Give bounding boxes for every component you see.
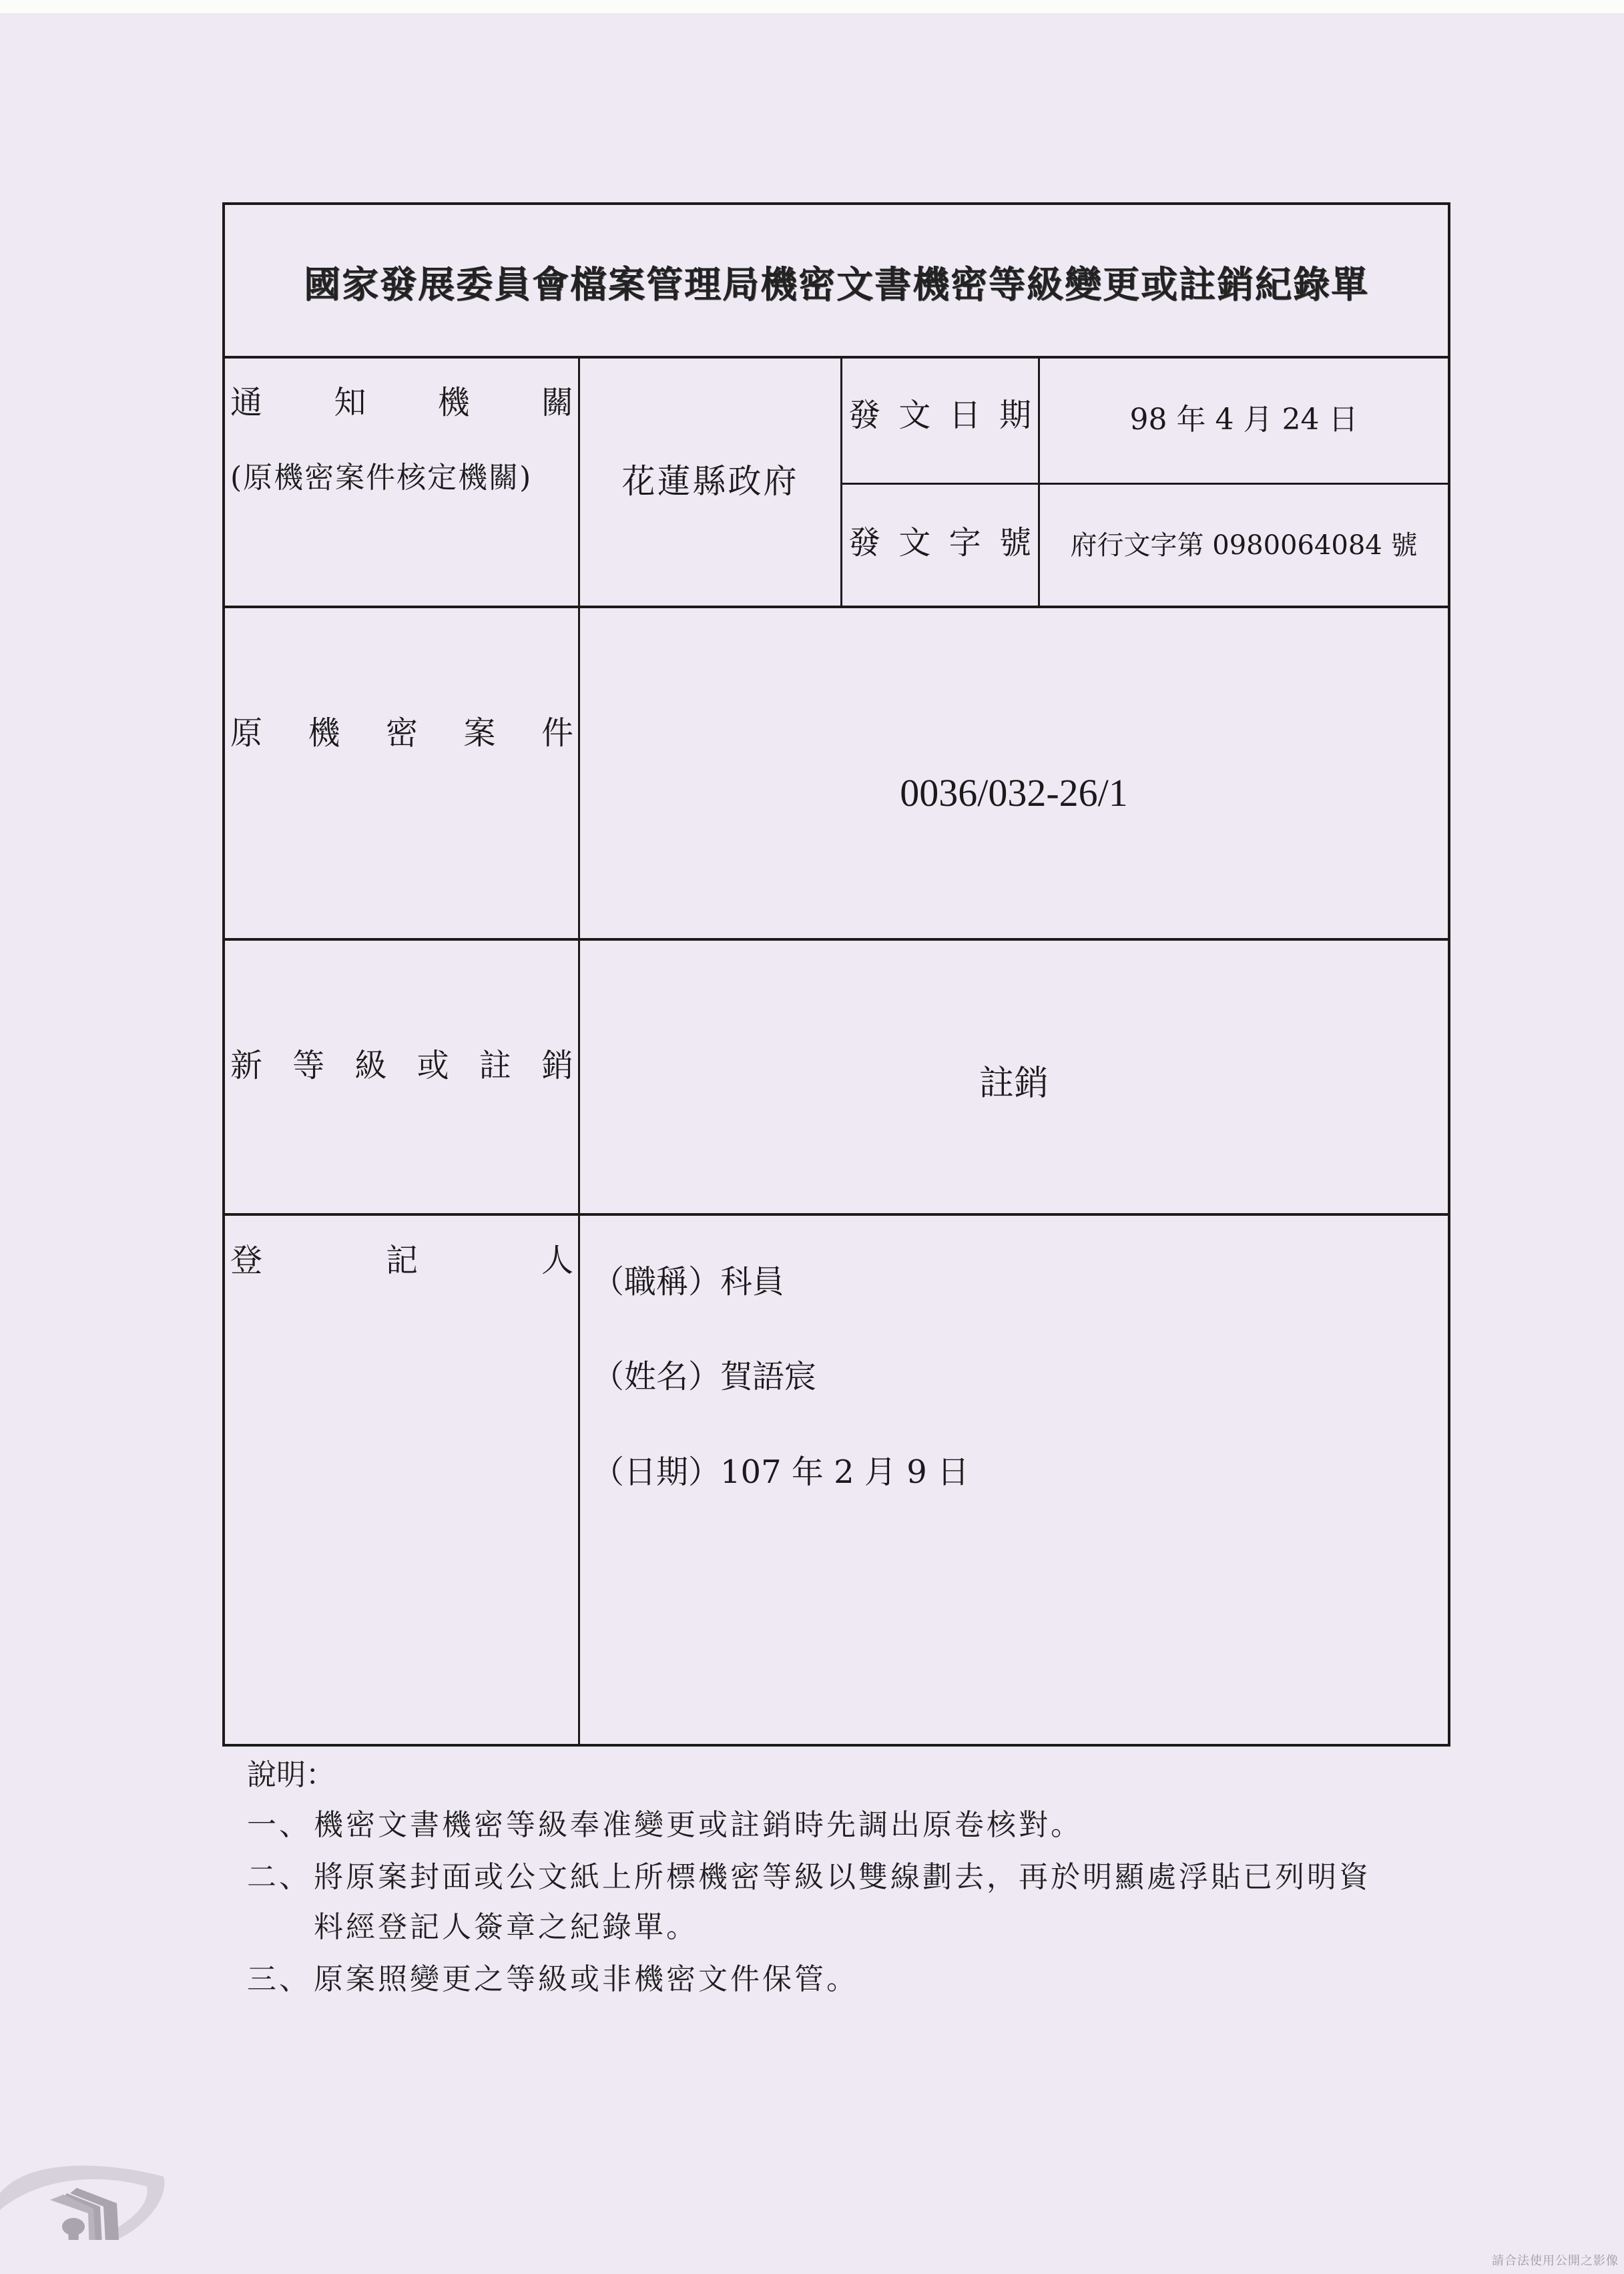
note-item-2: 二、將原案封面或公文紙上所標機密等級以雙線劃去，再於明顯處浮貼已列明資	[247, 1853, 1371, 1895]
notifying-agency-label-cell: 通 知 機 關 (原機密案件核定機關)	[230, 387, 573, 496]
note-item-3: 三、原案照變更之等級或非機密文件保管。	[247, 1955, 858, 1998]
original-case-label-cell: 原 機 密 案 件	[230, 717, 573, 749]
note-marker: 二、	[247, 1853, 314, 1895]
issue-number-value-cell: 府行文字第 0980064084 號	[1040, 485, 1448, 606]
original-case-value-cell: 0036/032-26/1	[580, 608, 1448, 938]
notifying-agency-value-cell: 花蓮縣政府	[580, 357, 840, 606]
issue-number-value: 府行文字第 0980064084 號	[1071, 532, 1418, 559]
notifying-agency-sublabel: (原機密案件核定機關)	[230, 453, 573, 496]
note-marker: 三、	[247, 1955, 314, 1998]
notifying-agency-label: 通 知 機 關	[230, 387, 573, 419]
registrant-label-cell: 登 記 人	[230, 1244, 573, 1277]
registrant-label: 登 記 人	[230, 1244, 573, 1277]
new-level-label: 新 等 級 或 註 銷	[230, 1050, 573, 1082]
issue-number-label: 發 文 字 號	[848, 527, 1031, 559]
usage-watermark: 請合法使用公開之影像	[1492, 2251, 1619, 2269]
new-level-value-cell: 註銷	[580, 941, 1448, 1213]
original-case-label: 原 機 密 案 件	[230, 717, 573, 749]
original-case-value: 0036/032-26/1	[900, 774, 1128, 813]
archive-book-keyhole-logo-icon	[0, 2140, 174, 2240]
registrant-name: （姓名）賀語宸	[592, 1361, 816, 1393]
rule-agency-value-column	[840, 357, 842, 607]
note-item-2-continuation: 料經登記人簽章之紀錄單。	[314, 1903, 698, 1946]
record-form-table: 國家發展委員會檔案管理局機密文書機密等級變更或註銷紀錄單 通 知 機 關 (原機…	[222, 202, 1450, 1747]
scan-top-edge	[0, 0, 1624, 14]
issue-date-label: 發 文 日 期	[848, 399, 1031, 431]
issue-date-label-cell: 發 文 日 期	[848, 399, 1031, 431]
registrant-value-cell: （職稱）科員 （姓名）賀語宸 （日期）107 年 2 月 9 日	[592, 1216, 1446, 1743]
registrant-date: （日期）107 年 2 月 9 日	[592, 1456, 969, 1488]
note-marker: 一、	[247, 1801, 314, 1843]
note-text: 原案照變更之等級或非機密文件保管。	[314, 1962, 858, 1996]
notifying-agency-value: 花蓮縣政府	[622, 465, 799, 498]
issue-date-value-cell: 98 年 4 月 24 日	[1040, 357, 1448, 483]
note-text: 機密文書機密等級奉准變更或註銷時先調出原卷核對。	[314, 1808, 1083, 1842]
new-level-value: 註銷	[979, 1066, 1049, 1101]
new-level-label-cell: 新 等 級 或 註 銷	[230, 1050, 573, 1082]
form-title: 國家發展委員會檔案管理局機密文書機密等級變更或註銷紀錄單	[225, 205, 1448, 357]
registrant-title: （職稱）科員	[592, 1266, 784, 1298]
note-item-1: 一、機密文書機密等級奉准變更或註銷時先調出原卷核對。	[247, 1801, 1083, 1843]
notes-heading: 說明：	[247, 1751, 335, 1793]
issue-date-value: 98 年 4 月 24 日	[1130, 405, 1358, 435]
note-text: 將原案封面或公文紙上所標機密等級以雙線劃去，再於明顯處浮貼已列明資	[314, 1860, 1371, 1894]
issue-number-label-cell: 發 文 字 號	[848, 527, 1031, 559]
